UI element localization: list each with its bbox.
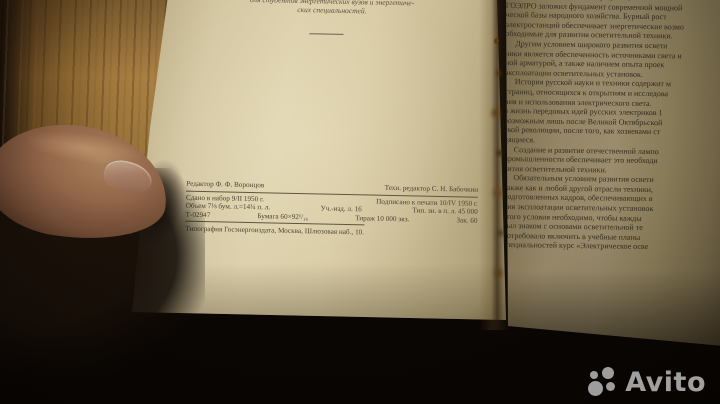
book-right-page: план электрификации ГОЭЛРО заложил фунда… <box>498 0 720 348</box>
right-page-content: план электрификации ГОЭЛРО заложил фунда… <box>502 0 720 253</box>
imprint-tirazh: Тираж 10 000 экз. <box>355 214 409 224</box>
preface-line: специальностей курс «Электрическое осве <box>502 240 720 253</box>
audience-note: для студентов энергетических вузов и эне… <box>214 0 450 17</box>
book-photo-scene: для студентов энергетических вузов и эне… <box>0 0 720 404</box>
avito-watermark: Avito <box>588 367 706 397</box>
imprint-typography: Типография Госэнергоиздата, Москва, Шлюз… <box>185 221 364 237</box>
separator-rule <box>309 33 343 35</box>
imprint-paper: Бумага 60×92¹/₁₆ <box>257 212 308 222</box>
gutter-torn-paper <box>494 38 499 44</box>
imprint-uch-izd: Уч.-изд. л. 16 <box>321 205 362 214</box>
imprint-block: Редактор Ф. Ф. Воронцов Техн. редактор С… <box>185 180 478 225</box>
imprint-tech-editor: Техн. редактор С. Н. Бабочкин <box>385 184 479 195</box>
avito-logo-icon <box>588 367 618 397</box>
imprint-zakaz: Зак. 60 <box>456 216 477 225</box>
avito-wordmark: Avito <box>625 369 706 396</box>
imprint-tip-zn: Тип. зн. в п. л. 45 000 <box>412 207 478 217</box>
book-gutter <box>479 0 511 330</box>
